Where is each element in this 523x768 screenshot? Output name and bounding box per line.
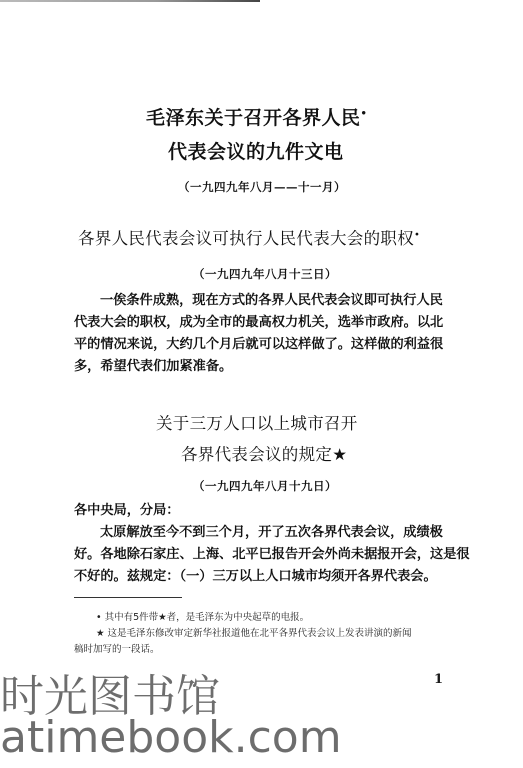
section-2-title-line2: 各界代表会议的规定★	[181, 441, 347, 465]
page-number: 1	[434, 672, 443, 687]
section-2-paragraph: 太原解放至今不到三个月，开了五次各界代表会议，成绩极 好。各地除石家庄、上海、北…	[74, 522, 470, 588]
main-title-line1: 毛泽东关于召开各界人民•	[146, 103, 367, 130]
section-1-date: （一九四九年八月十三日）	[193, 266, 337, 282]
section-2-title-line1: 关于三万人口以上城市召开	[156, 410, 358, 434]
section-1-title: 各界人民代表会议可执行人民代表大会的职权•	[78, 225, 420, 249]
watermark-url: atimebook.com	[0, 712, 342, 763]
star-marker: ★	[332, 445, 347, 464]
paragraph-line: 一俟条件成熟，现在方式的各界人民代表会议即可执行人民	[74, 290, 443, 312]
footnote-2: ★ 这是毛泽东修改审定新华社报道他在北平各界代表会议上发表讲演的新闻	[96, 626, 412, 642]
paragraph-line: 太原解放至今不到三个月，开了五次各界代表会议，成绩极	[74, 522, 470, 544]
section-1-title-text: 各界人民代表会议可执行人民代表大会的职权	[78, 229, 414, 248]
footnote-2-continued: 稿时加写的一段话。	[74, 642, 160, 658]
section-1-paragraph: 一俟条件成熟，现在方式的各界人民代表会议即可执行人民 代表大会的职权，成为全市的…	[74, 290, 443, 378]
footnote-separator	[74, 597, 182, 598]
section-2-salutation: 各中央局，分局：	[74, 500, 180, 522]
paragraph-line: 代表大会的职权，成为全市的最高权力机关，选举市政府。以北	[74, 312, 443, 334]
main-title-line2: 代表会议的九件文电	[168, 137, 344, 164]
paragraph-line: 平的情况来说，大约几个月后就可以这样做了。这样做的利益很	[74, 334, 443, 356]
section-2-date: （一九四九年八月十九日）	[193, 478, 337, 494]
footnote-1: • 其中有5件带★者，是毛泽东为中央起草的电报。	[96, 610, 309, 626]
main-title-text: 毛泽东关于召开各界人民	[146, 107, 361, 129]
footnote-marker: •	[414, 230, 420, 241]
paragraph-line: 好。各地除石家庄、上海、北平巳报告开会外尚未据报开会，这是很	[74, 544, 470, 566]
section-2-title-text: 各界代表会议的规定	[181, 445, 332, 464]
paragraph-line: 多，希望代表们加紧准备。	[74, 356, 443, 378]
main-date: （一九四九年八月——十一月）	[178, 179, 346, 195]
paragraph-line: 不好的。兹规定：（一）三万以上人口城市均须开各界代表会。	[74, 566, 470, 588]
scan-top-edge	[0, 0, 260, 2]
footnote-marker: •	[361, 109, 368, 120]
